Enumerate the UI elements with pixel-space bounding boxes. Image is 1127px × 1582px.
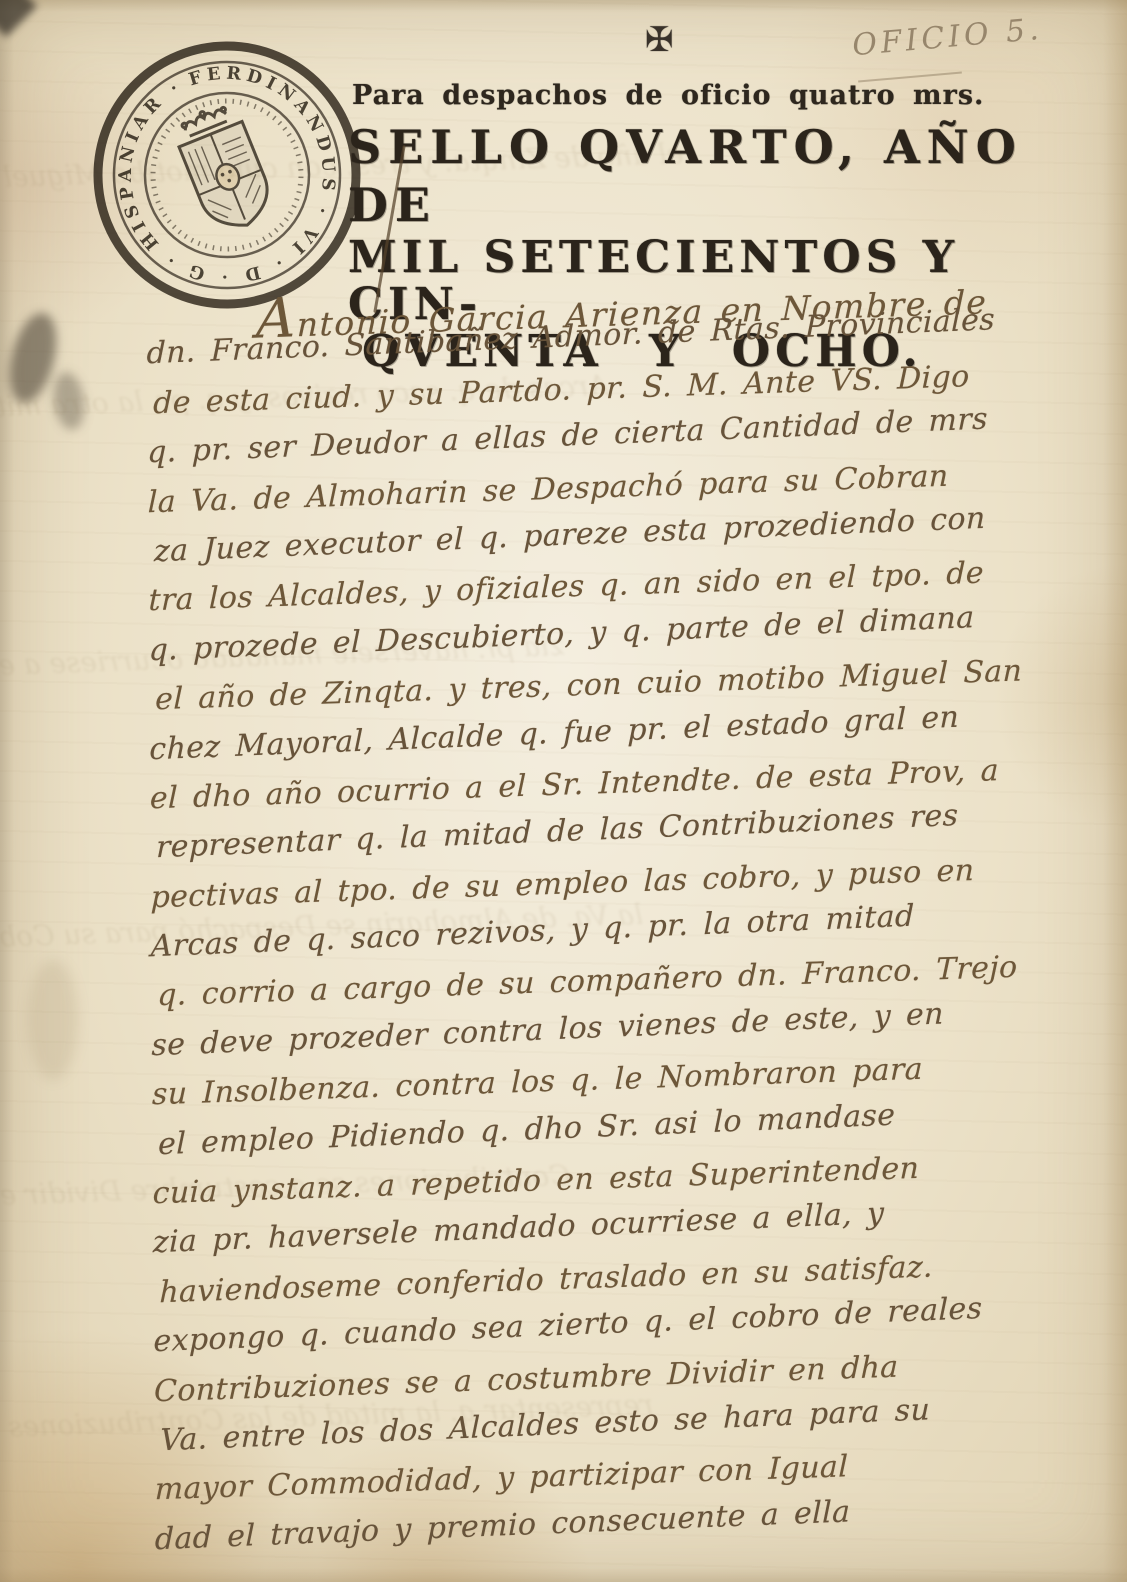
seal-title-line: SELLO QVARTO, AÑO DE [348,118,1048,234]
printed-fee-line: Para despachos de oficio quatro mrs. [352,80,992,111]
maltese-cross-icon: ✠ [645,20,674,60]
manuscript-body: Antonio Garcia Arienza en Nombre de dn. … [146,281,1105,1572]
ink-smudge [50,370,88,432]
manuscript-page: el año de Zinqta. y tres, con cuio motib… [0,0,1127,1582]
pencil-annotation: OFICIO 5. [851,12,1044,63]
corner-ink-smudge [0,0,37,37]
paper-stain [28,960,78,1080]
coat-of-arms-shield [179,121,279,237]
royal-seal-stamp: FERDINANDUS · VI · D · G · HISPANIAR · R… [86,34,368,316]
